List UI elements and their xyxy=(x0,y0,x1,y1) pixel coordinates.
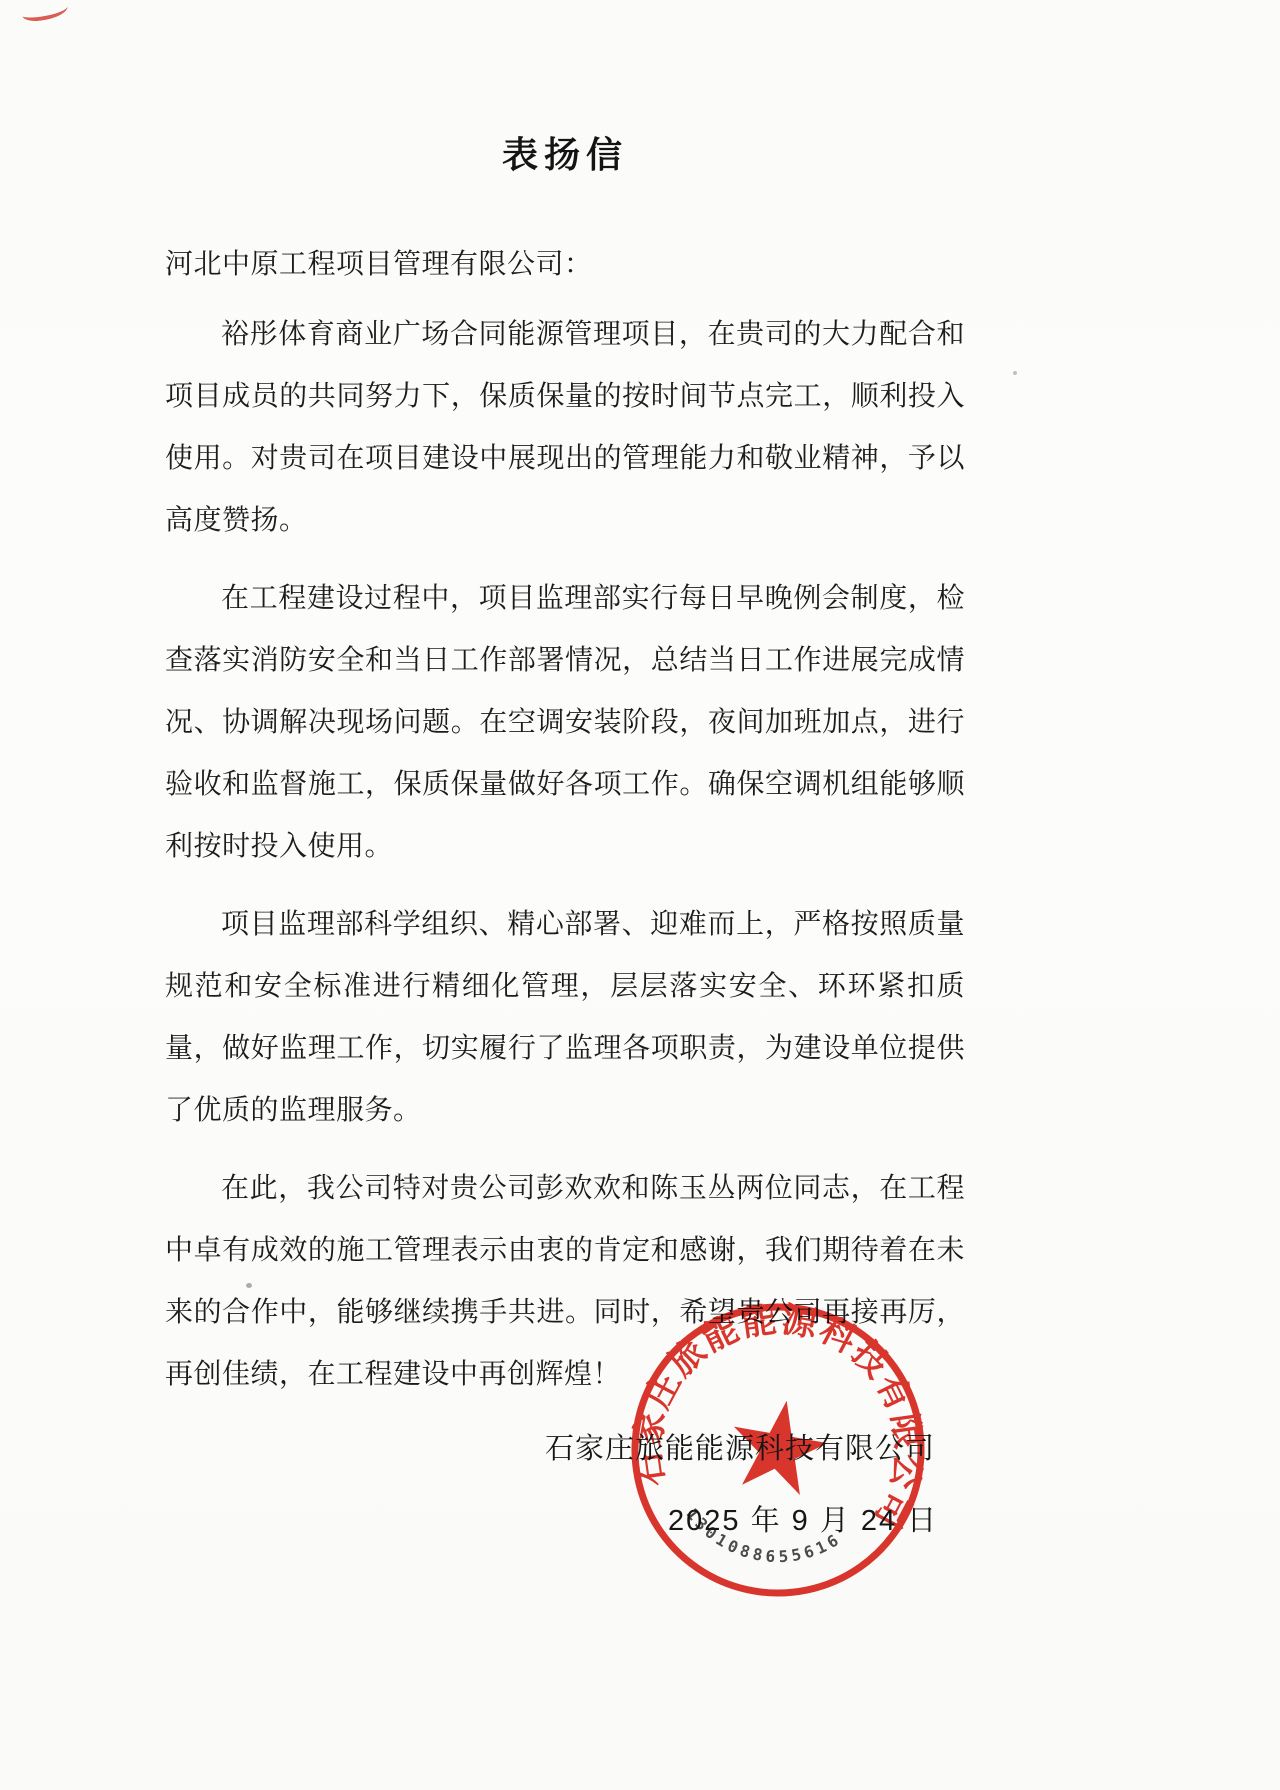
salutation: 河北中原工程项目管理有限公司： xyxy=(165,233,965,295)
signature-date: 2025 年 9 月 24 日 xyxy=(668,1498,938,1539)
letter-title: 表扬信 xyxy=(165,130,965,180)
scan-artifact-dot xyxy=(1013,371,1017,375)
paragraph-2: 在工程建设过程中，项目监理部实行每日早晚例会制度，检查落实消防安全和当日工作部署… xyxy=(165,567,965,877)
letter-page: 表扬信 河北中原工程项目管理有限公司： 裕彤体育商业广场合同能源管理项目，在贵司… xyxy=(0,0,1280,1790)
letter-body: 河北中原工程项目管理有限公司： 裕彤体育商业广场合同能源管理项目，在贵司的大力配… xyxy=(165,233,965,1405)
signature-company: 石家庄旅能能源科技有限公司 xyxy=(545,1426,935,1467)
paragraph-1: 裕彤体育商业广场合同能源管理项目，在贵司的大力配合和项目成员的共同努力下，保质保… xyxy=(165,303,965,551)
letter-content: 表扬信 河北中原工程项目管理有限公司： 裕彤体育商业广场合同能源管理项目，在贵司… xyxy=(0,0,1280,1405)
scan-artifact-dot xyxy=(246,1283,252,1288)
paragraph-3: 项目监理部科学组织、精心部署、迎难而上，严格按照质量规范和安全标准进行精细化管理… xyxy=(165,893,965,1141)
